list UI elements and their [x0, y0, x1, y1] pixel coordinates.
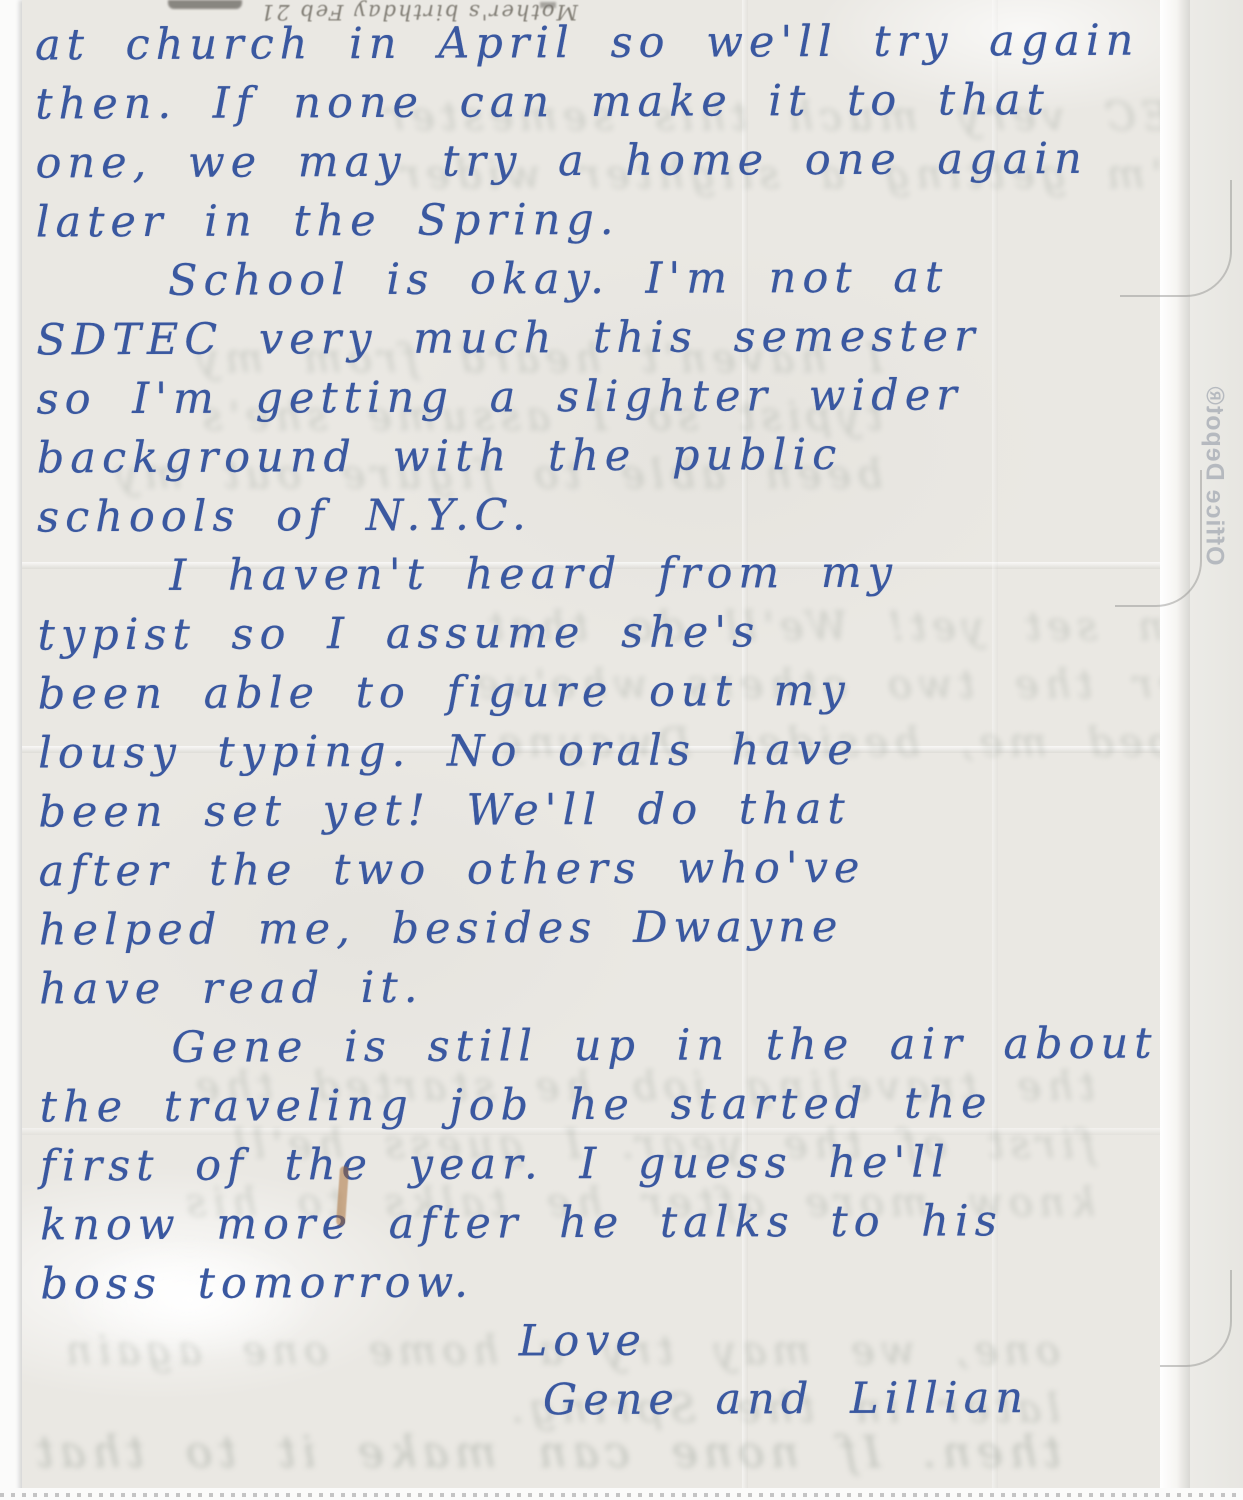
signature: Gene and Lillian	[41, 1369, 1159, 1433]
letter-line: one, we may try a home one again	[35, 130, 1153, 194]
torn-edge-mark	[540, 2, 556, 8]
letter-line: background with the public	[37, 425, 1155, 489]
letter-line: later in the Spring.	[36, 189, 1154, 253]
scanned-letter-page: SDTEC very much this semester so I'm get…	[0, 0, 1243, 1500]
letter-line: at church in April so we'll try again	[35, 12, 1153, 76]
office-depot-watermark: Office Depot®	[1186, 352, 1243, 598]
letter-line: been able to figure out my	[38, 661, 1156, 725]
letter-line: School is okay. I'm not at	[36, 248, 1154, 312]
letter-line: lousy typing. No orals have	[38, 720, 1156, 784]
letter-line: helped me, besides Dwayne	[39, 897, 1157, 961]
letter-body: at church in April so we'll try again th…	[35, 12, 1159, 1433]
letter-line: typist so I assume she's	[37, 602, 1155, 666]
letter-line: then. If none can make it to that	[35, 71, 1153, 135]
torn-edge-mark	[168, 0, 242, 9]
letter-line: boss tomorrow.	[40, 1251, 1158, 1315]
watermark-text: Office Depot®	[1200, 385, 1229, 565]
perforation-dots	[0, 1493, 1243, 1497]
letter-line: I haven't heard from my	[37, 543, 1155, 607]
letter-line: been set yet! We'll do that	[38, 779, 1156, 843]
letter-line: Gene is still up in the air about	[39, 1015, 1157, 1079]
page-curl-mark	[1120, 180, 1232, 297]
letter-line: first of the year. I guess he'll	[40, 1133, 1158, 1197]
letter-line: the traveling job he started the	[40, 1074, 1158, 1138]
letter-line: after the two others who've	[39, 838, 1157, 902]
letter-line: know more after he talks to his	[40, 1192, 1158, 1256]
letter-line: SDTEC very much this semester	[36, 307, 1154, 371]
letter-line: schools of N.Y.C.	[37, 484, 1155, 548]
closing-salutation: Love	[41, 1310, 1159, 1374]
letter-line: so I'm getting a slighter wider	[36, 366, 1154, 430]
letter-line: have read it.	[39, 956, 1157, 1020]
